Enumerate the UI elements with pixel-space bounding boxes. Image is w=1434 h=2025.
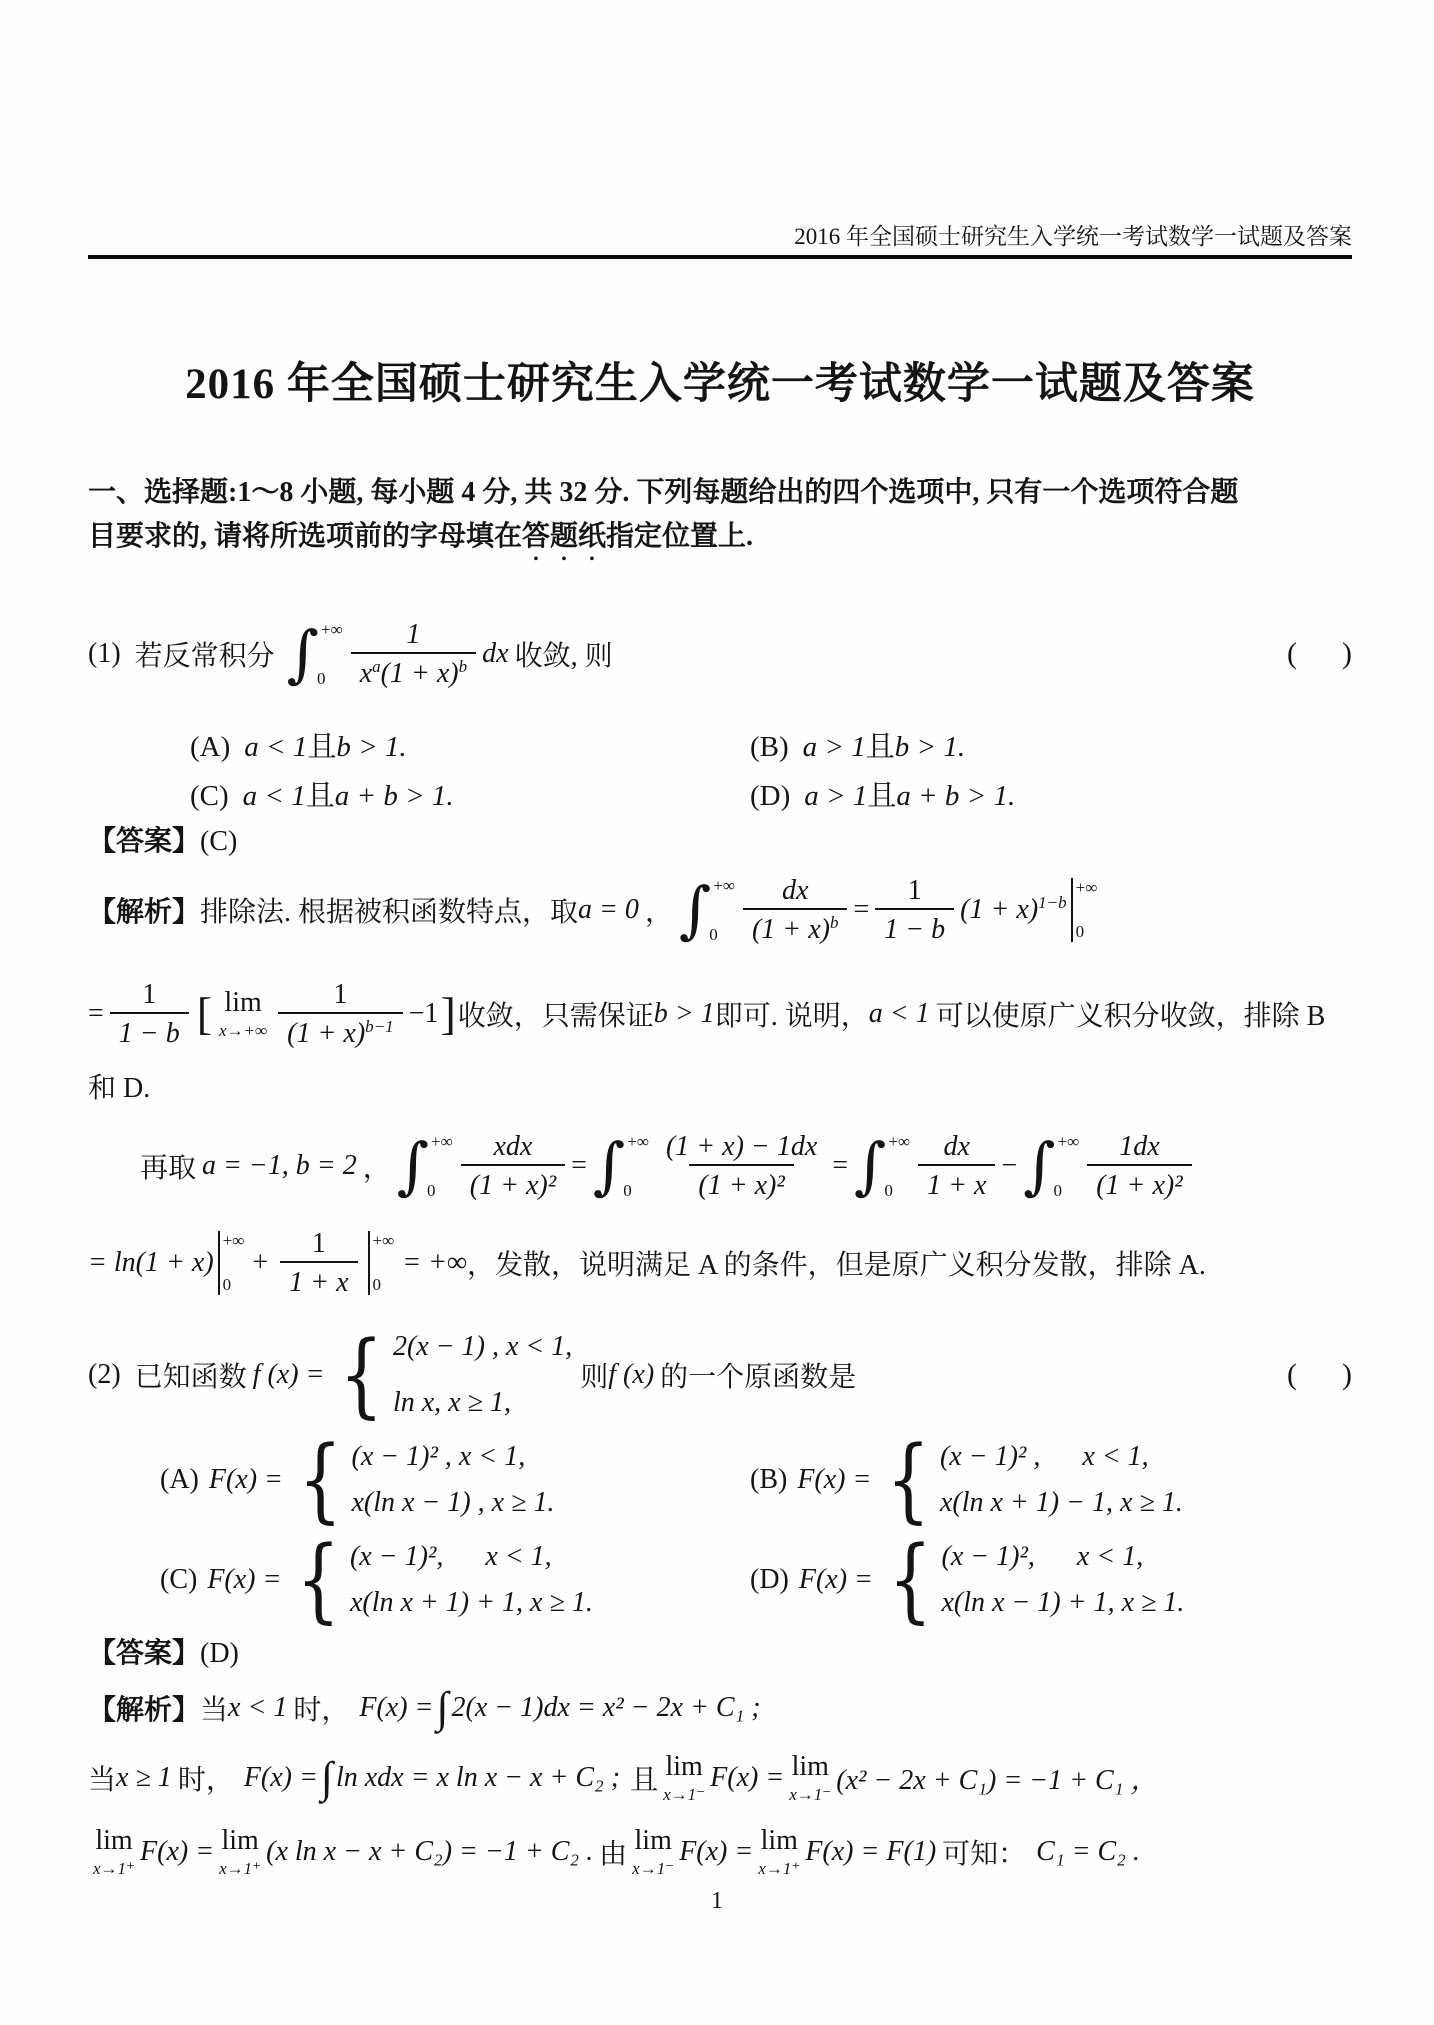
limit: limx→1⁺: [219, 1827, 261, 1877]
section-line2-tail: 指定位置上.: [606, 521, 753, 552]
q2-analysis-line2: 当 x ≥ 1 时， F(x) = ∫ ln xdx = x ln x − x …: [88, 1742, 1352, 1814]
cases-brace: {: [340, 1336, 384, 1414]
q1-analysis-line1: 【解析】 排除法. 根据被积函数特点，取 a = 0 ， ∫ +∞0 dx (1…: [88, 862, 1352, 958]
answer-blank-parens: ( ): [1287, 1358, 1352, 1392]
fraction: 1 xa(1 + x)b: [351, 617, 476, 691]
evaluation-bar: +∞0: [218, 1231, 245, 1295]
question-2-number: (2): [88, 1359, 121, 1391]
integral-sign: ∫ +∞0: [593, 1133, 649, 1199]
integral-sign: ∫ +∞0: [679, 877, 735, 943]
analysis-bracket-label: 【解析】: [88, 890, 200, 930]
q2-answer: 【答案】(D): [88, 1634, 1352, 1674]
analysis-bracket-label: 【解析】: [88, 1688, 200, 1728]
piecewise-function: { (x − 1)² , x < 1, x(ln x + 1) − 1, x ≥…: [879, 1440, 1182, 1520]
evaluation-bar: +∞0: [1071, 878, 1098, 942]
page-number: 1: [0, 1888, 1434, 1915]
limit: limx→1⁻: [789, 1753, 831, 1803]
question-1-outro: 收敛, 则: [515, 634, 613, 674]
piecewise-function: { (x − 1)², x < 1, x(ln x + 1) + 1, x ≥ …: [289, 1540, 592, 1620]
cases-brace: {: [298, 1441, 342, 1519]
integral-sign: ∫ +∞0: [854, 1133, 910, 1199]
header-rule: [88, 255, 1352, 259]
running-header-text: 2016 年全国硕士研究生入学统一考试数学一试题及答案: [794, 224, 1352, 249]
question-1-intro: 若反常积分: [135, 634, 275, 674]
q1-analysis-line4: 再取 a = −1, b = 2 ， ∫ +∞0 xdx (1 + x)² = …: [88, 1114, 1352, 1218]
option-b: (B) F(x) = { (x − 1)² , x < 1, x(ln x + …: [750, 1440, 1352, 1520]
option-b: (B) a > 1且b > 1.: [750, 727, 1352, 767]
section-line2: 目要求的, 请将所选项前的字母填在: [88, 521, 522, 552]
fraction: 1 (1 + x)b−1: [278, 977, 402, 1051]
answer-bracket-label: 【答案】: [88, 826, 200, 857]
q1-options: (A) a < 1且b > 1. (B) a > 1且b > 1. (C) a …: [88, 727, 1352, 816]
fraction: 1 1 − b: [110, 977, 189, 1051]
power-term: (1 + x)1−b: [960, 894, 1066, 926]
dx-term: dx: [482, 638, 508, 670]
limit: limx→+∞: [219, 989, 267, 1039]
q1-analysis-line2: = 1 1 − b [ limx→+∞ 1 (1 + x)b−1 −1 ] 收敛…: [88, 962, 1352, 1066]
option-a: (A) F(x) = { (x − 1)² , x < 1, x(ln x − …: [160, 1440, 750, 1520]
q1-answer: 【答案】(C): [88, 822, 1352, 862]
evaluation-bar: +∞0: [368, 1231, 395, 1295]
section-line1: 一、选择题:1～8 小题, 每小题 4 分, 共 32 分. 下列每题给出的四个…: [88, 477, 1238, 508]
running-header: 2016 年全国硕士研究生入学统一考试数学一试题及答案: [88, 222, 1352, 252]
piecewise-function: { 2(x − 1) , x < 1, ln x, x ≥ 1,: [332, 1330, 572, 1420]
q2-options: (A) F(x) = { (x − 1)² , x < 1, x(ln x − …: [88, 1440, 1352, 1620]
q2-analysis-line3: limx→1⁺ F(x) = limx→1⁺ (x ln x − x + C₂)…: [88, 1816, 1352, 1888]
integral-sign: ∫ +∞0: [287, 621, 343, 687]
q1-analysis-line3: 和 D.: [88, 1070, 1352, 1108]
q1-analysis-line5: = ln(1 + x) +∞0 + 1 1 + x +∞0 = +∞ ，发散，说…: [88, 1220, 1352, 1306]
section-emphasized-text: 答题纸: [522, 521, 606, 552]
option-d: (D) a > 1且a + b > 1.: [750, 776, 1352, 816]
integral-sign: ∫ +∞0: [1023, 1133, 1079, 1199]
cases-brace: {: [297, 1541, 341, 1619]
option-d: (D) F(x) = { (x − 1)², x < 1, x(ln x − 1…: [750, 1540, 1352, 1620]
section-heading: 一、选择题:1～8 小题, 每小题 4 分, 共 32 分. 下列每题给出的四个…: [88, 471, 1352, 567]
question-2: (2) 已知函数 f (x) = { 2(x − 1) , x < 1, ln …: [88, 1316, 1352, 1434]
fraction: dx 1 + x: [918, 1129, 995, 1203]
fraction: 1 1 + x: [280, 1226, 357, 1300]
limit: limx→1⁻: [632, 1827, 674, 1877]
fraction: 1dx (1 + x)²: [1087, 1129, 1191, 1203]
piecewise-function: { (x − 1)², x < 1, x(ln x − 1) + 1, x ≥ …: [881, 1540, 1184, 1620]
cases-brace: {: [887, 1441, 931, 1519]
cases-brace: {: [888, 1541, 932, 1619]
limit: limx→1⁺: [758, 1827, 800, 1877]
answer-blank-parens: ( ): [1287, 637, 1352, 671]
piecewise-function: { (x − 1)² , x < 1, x(ln x − 1) , x ≥ 1.: [291, 1440, 555, 1520]
limit: limx→1⁻: [663, 1753, 705, 1803]
option-c: (C) a < 1且a + b > 1.: [190, 776, 750, 816]
limit: limx→1⁺: [93, 1827, 135, 1877]
q2-analysis-line1: 【解析】 当 x < 1 时， F(x) = ∫ 2(x − 1)dx = x²…: [88, 1682, 1352, 1734]
fraction: xdx (1 + x)²: [461, 1129, 565, 1203]
page-title: 2016 年全国硕士研究生入学统一考试数学一试题及答案: [88, 357, 1352, 413]
question-1: (1) 若反常积分 ∫ +∞0 1 xa(1 + x)b dx 收敛, 则 ( …: [88, 601, 1352, 707]
question-1-number: (1): [88, 638, 121, 670]
fraction: (1 + x) − 1dx (1 + x)²: [657, 1129, 826, 1203]
right-bracket: ]: [440, 991, 455, 1037]
integral-sign: ∫: [321, 1756, 333, 1800]
option-c: (C) F(x) = { (x − 1)², x < 1, x(ln x + 1…: [160, 1540, 750, 1620]
fraction: dx (1 + x)b: [743, 873, 847, 947]
answer-bracket-label: 【答案】: [88, 1638, 200, 1669]
left-bracket: [: [197, 991, 212, 1037]
document-page: 2016 年全国硕士研究生入学统一考试数学一试题及答案 2016 年全国硕士研究…: [0, 0, 1434, 2025]
integral-sign: ∫ +∞0: [397, 1133, 453, 1199]
integral-sign: ∫: [436, 1686, 448, 1730]
answer-value: (C): [200, 826, 237, 857]
option-a: (A) a < 1且b > 1.: [190, 727, 750, 767]
fraction: 1 1 − b: [875, 873, 954, 947]
answer-value: (D): [200, 1638, 239, 1669]
